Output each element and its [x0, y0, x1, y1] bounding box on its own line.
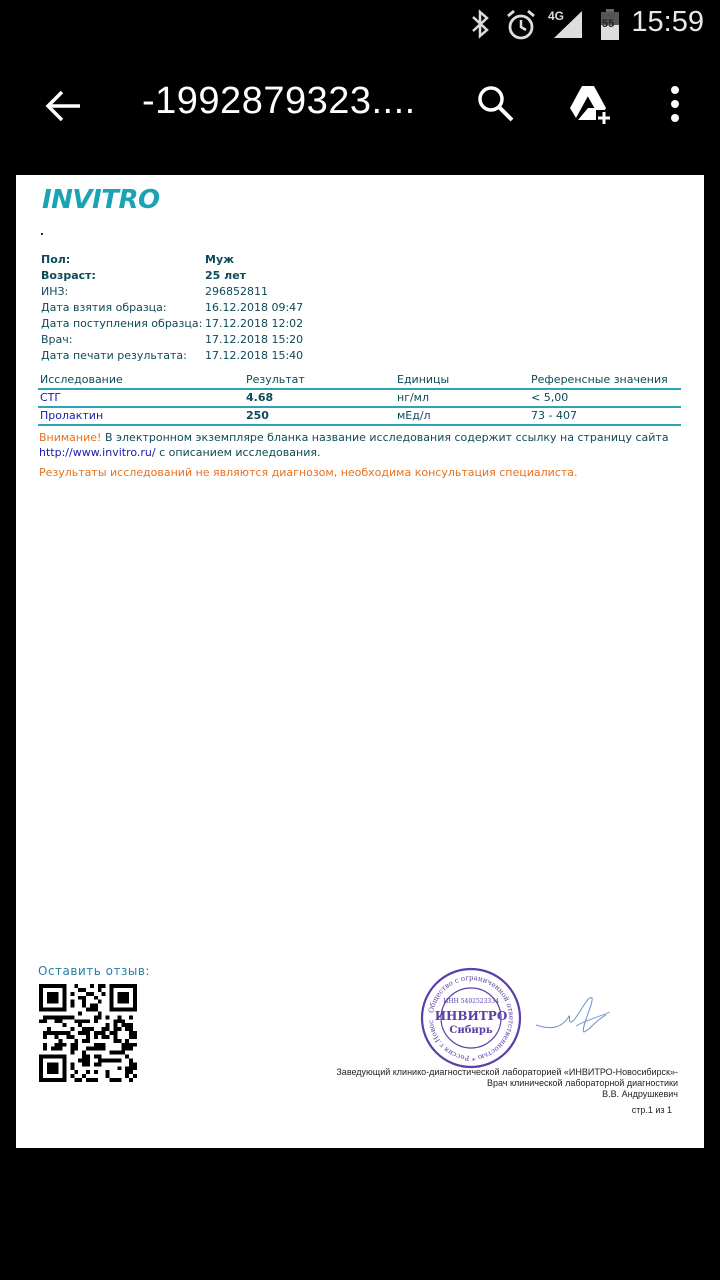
- stamp-inn: ИНН 5402523334: [443, 998, 499, 1005]
- link-suffix: с описанием исследования.: [156, 446, 321, 459]
- clock: 15:59: [631, 6, 704, 39]
- info-value: 17.12.2018 12:02: [205, 316, 303, 332]
- info-value: 17.12.2018 15:20: [205, 332, 303, 348]
- info-value: 17.12.2018 15:40: [205, 348, 303, 364]
- header-test: Исследование: [40, 372, 123, 388]
- app-bar: -1992879323....: [0, 50, 720, 160]
- units: мЕд/л: [397, 408, 431, 424]
- disclaimer: Результаты исследований не являются диаг…: [39, 465, 669, 480]
- info-label: Дата взятия образца:: [41, 300, 167, 316]
- info-value: 16.12.2018 09:47: [205, 300, 303, 316]
- header-units: Единицы: [397, 372, 449, 388]
- stamp-title: ИНВИТРО: [435, 1009, 508, 1023]
- warning-text: В электронном экземпляре бланка название…: [101, 431, 668, 444]
- status-bar: 4G 55 15:59: [0, 0, 720, 50]
- battery-level: 55: [602, 18, 614, 30]
- page-number: стр.1 из 1: [632, 1105, 672, 1115]
- info-label: Врач:: [41, 332, 72, 348]
- header-result: Результат: [246, 372, 305, 388]
- info-label: Дата печати результата:: [41, 348, 187, 364]
- footer-line2: Врач клинической лабораторной диагностик…: [336, 1078, 678, 1089]
- more-vert-icon[interactable]: [660, 82, 690, 126]
- stamp-seal: Общество с ограниченной ответственностью…: [420, 967, 522, 1069]
- reference-range: 73 - 407: [531, 408, 577, 424]
- info-value: Муж: [205, 252, 234, 268]
- reference-range: < 5,00: [531, 390, 568, 406]
- document-page[interactable]: INVITRO Пол:МужВозраст:25 летИНЗ:2968528…: [16, 175, 704, 1148]
- invitro-logo: INVITRO: [42, 185, 160, 215]
- footer-line1: Заведующий клинико-диагностической лабор…: [336, 1067, 678, 1078]
- signature: [536, 990, 616, 1050]
- document-title: -1992879323....: [142, 80, 416, 123]
- results-table: Исследование Результат Единицы Референсн…: [38, 372, 681, 426]
- info-value: 296852811: [205, 284, 268, 300]
- invitro-link[interactable]: http://www.invitro.ru/: [39, 446, 156, 459]
- table-header: Исследование Результат Единицы Референсн…: [38, 372, 681, 390]
- footer-line3: В.В. Андрушкевич: [336, 1089, 678, 1100]
- back-arrow-icon[interactable]: [40, 82, 88, 130]
- units: нг/мл: [397, 390, 429, 406]
- warning-note: Внимание! В электронном экземпляре бланк…: [39, 430, 669, 445]
- info-value: 25 лет: [205, 268, 246, 284]
- info-label: Возраст:: [41, 268, 96, 284]
- warning-label: Внимание!: [39, 431, 101, 444]
- test-name-link[interactable]: СТГ: [40, 390, 61, 406]
- feedback-label: Оставить отзыв:: [38, 964, 150, 978]
- table-row: Пролактин 250 мЕд/л 73 - 407: [38, 408, 681, 426]
- bluetooth-icon: [470, 9, 492, 39]
- info-label: ИНЗ:: [41, 284, 68, 300]
- signal-icon: [552, 10, 584, 40]
- result-value: 250: [246, 408, 269, 424]
- info-label: Дата поступления образца:: [41, 316, 202, 332]
- header-reference: Референсные значения: [531, 372, 668, 388]
- dot-mark: [41, 233, 43, 235]
- search-icon[interactable]: [474, 82, 518, 126]
- result-value: 4.68: [246, 390, 273, 406]
- notes: Внимание! В электронном экземпляре бланк…: [39, 430, 669, 480]
- signature-footer: Заведующий клинико-диагностической лабор…: [336, 1067, 678, 1100]
- alarm-icon: [505, 9, 537, 41]
- table-row: СТГ 4.68 нг/мл < 5,00: [38, 390, 681, 408]
- info-label: Пол:: [41, 252, 70, 268]
- test-name-link[interactable]: Пролактин: [40, 408, 103, 424]
- stamp-subtitle: Сибирь: [449, 1025, 492, 1036]
- qr-code[interactable]: [39, 984, 137, 1082]
- drive-add-icon[interactable]: [566, 82, 616, 126]
